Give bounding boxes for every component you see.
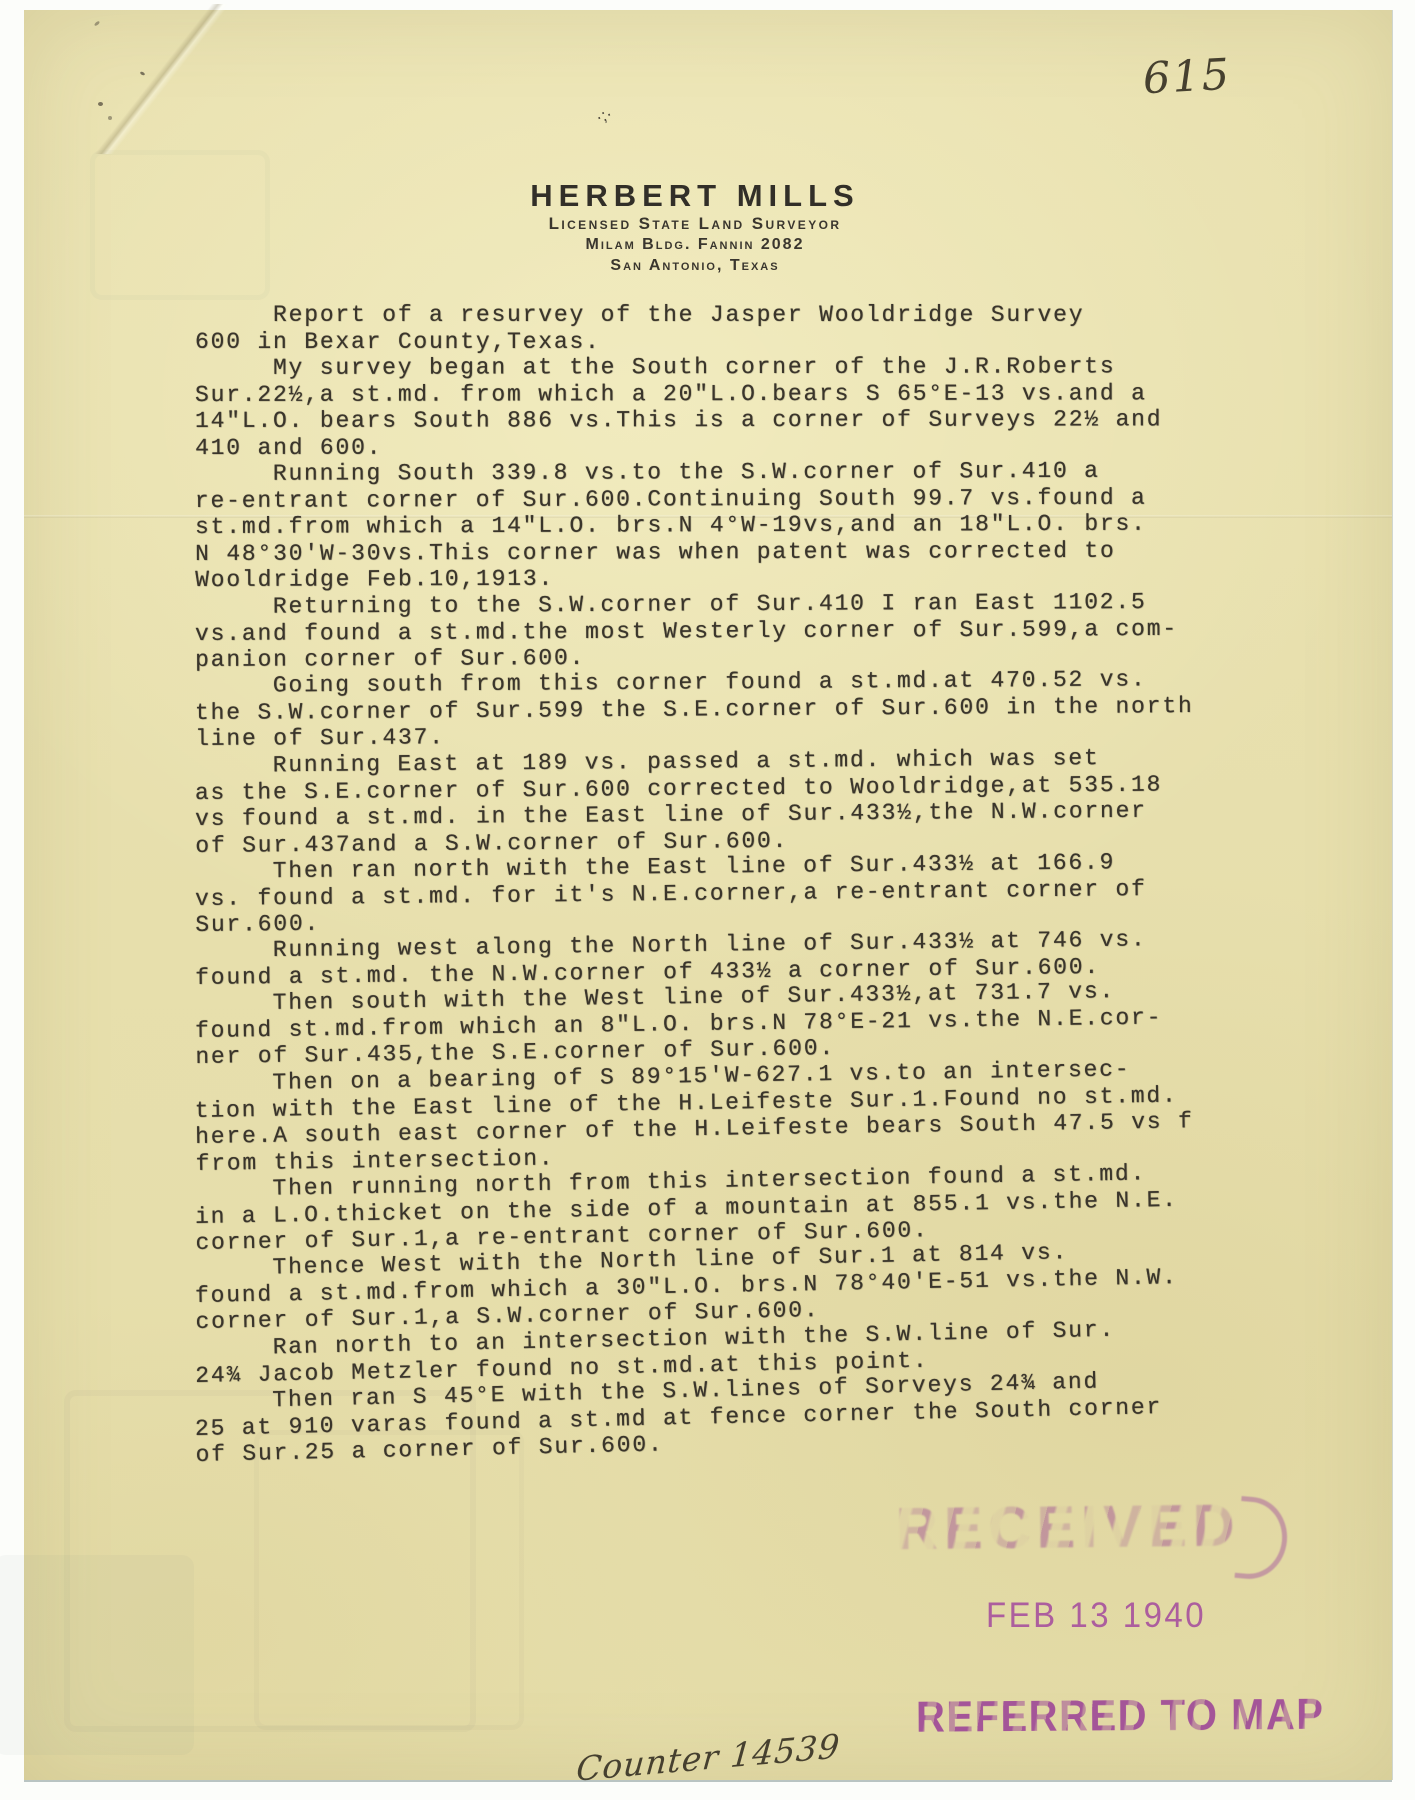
body-paragraph: Going south from this corner found a st.…	[195, 666, 1256, 753]
ink-speck	[108, 116, 112, 120]
received-stamp: RECEIVED	[896, 1491, 1241, 1563]
stray-typed-mark: ·;·	[593, 104, 614, 128]
corner-crease	[86, 4, 236, 154]
handwritten-page-number: 615	[1142, 50, 1233, 105]
bleedthrough-ghost	[0, 1555, 194, 1755]
body-paragraph: Running East at 189 vs. passed a st.md. …	[195, 743, 1256, 858]
date-stamp: FEB 13 1940	[986, 1594, 1206, 1635]
paper-sheet: 615 ·;· HERBERT MILLS Licensed State Lan…	[24, 10, 1392, 1780]
letterhead-title: Licensed State Land Surveyor	[549, 214, 842, 234]
body-paragraph: My survey began at the South corner of t…	[195, 353, 1255, 461]
body-paragraph: Returning to the S.W.corner of Sur.410 I…	[195, 588, 1255, 673]
bleedthrough-ghost	[90, 150, 270, 300]
body-paragraph: Then on a bearing of S 89°15'W-627.1 vs.…	[194, 1054, 1256, 1177]
stamp-edge-arc	[1235, 1496, 1291, 1582]
letterhead-name: HERBERT MILLS	[530, 178, 859, 214]
handwritten-counter-number: Counter 14539	[575, 1726, 842, 1789]
bleedthrough-ghost	[254, 1430, 524, 1730]
scanned-document-page: 615 ·;· HERBERT MILLS Licensed State Lan…	[0, 0, 1415, 1800]
letterhead-address: Milam Bldg. Fannin 2082	[586, 236, 805, 254]
letterhead-city: San Antonio, Texas	[610, 257, 779, 275]
report-body: Report of a resurvey of the Jasper Woold…	[195, 302, 1255, 1468]
ink-speck	[140, 71, 146, 76]
referred-to-map-stamp: REFERRED TO MAP	[916, 1691, 1325, 1743]
body-paragraph: Running South 339.8 vs.to the S.W.corner…	[195, 457, 1255, 593]
ink-speck	[98, 102, 103, 106]
body-paragraph: Then ran north with the East line of Sur…	[195, 847, 1256, 938]
body-paragraph: Report of a resurvey of the Jasper Woold…	[195, 302, 1255, 355]
ink-speck	[94, 20, 101, 26]
